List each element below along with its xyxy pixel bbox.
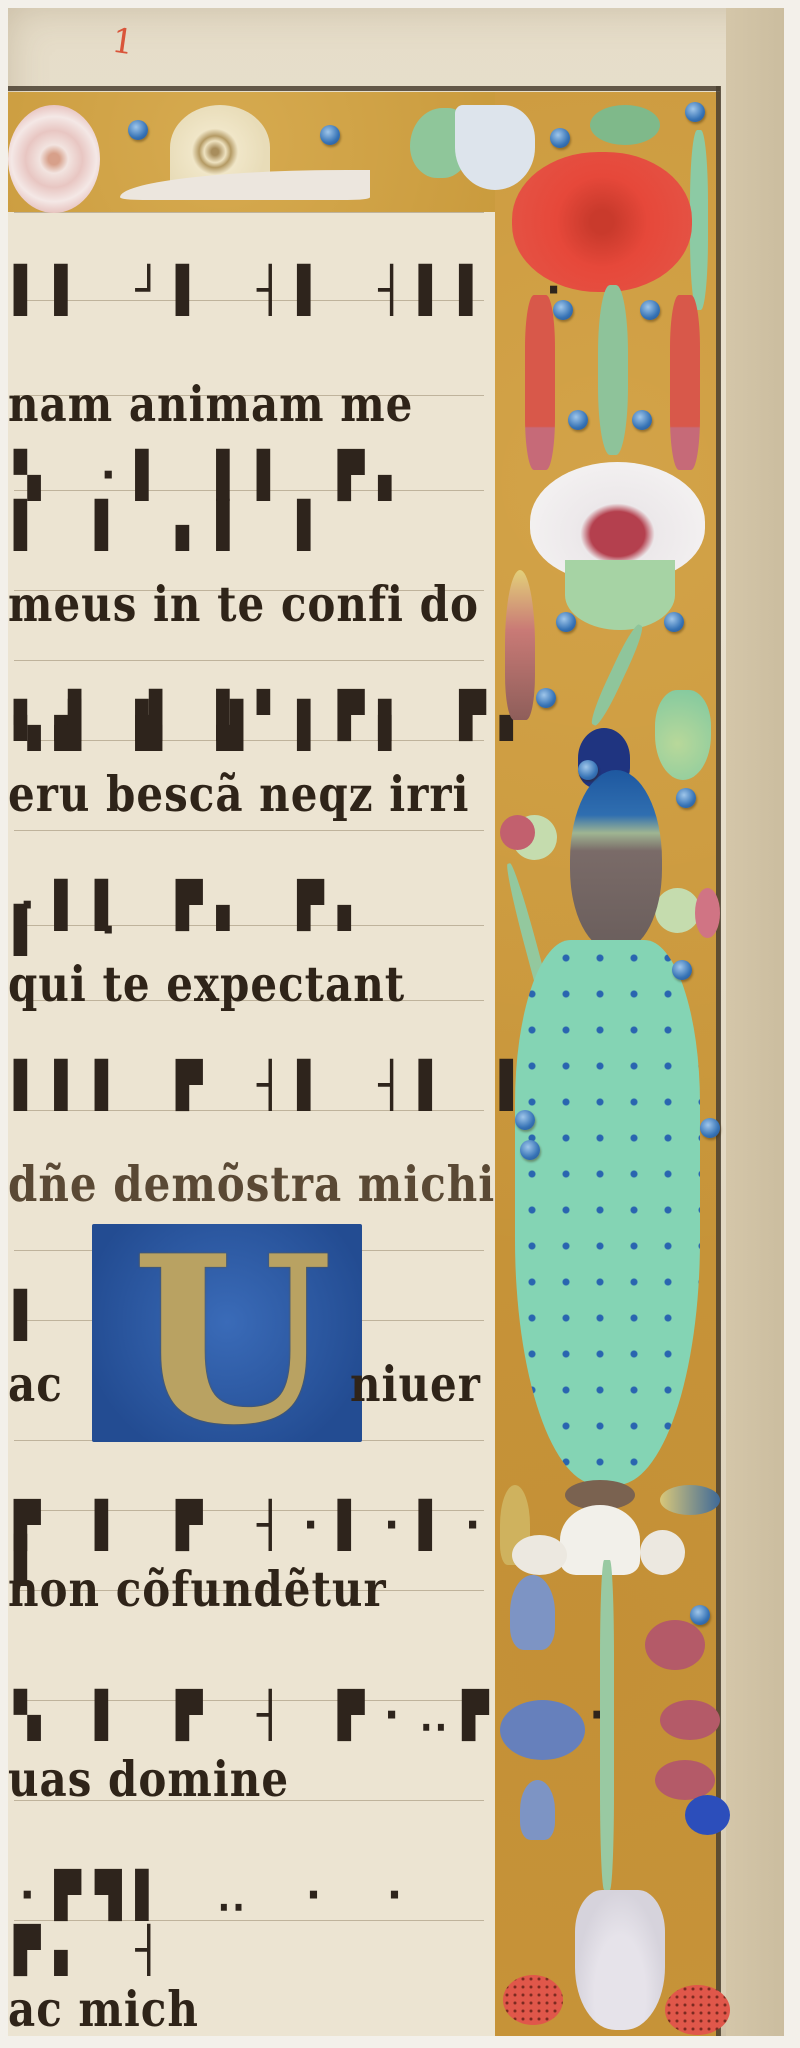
- frame-line-top: [8, 86, 720, 91]
- blue-tit-icon: [660, 1485, 720, 1515]
- neume-row: ▚ ·▌ ▌▌ ▛▖: [14, 450, 419, 501]
- lyric-line: nam animam me: [8, 376, 413, 432]
- lyric-line: non cõfundẽtur: [8, 1561, 387, 1617]
- thistle-right-icon: [655, 888, 700, 933]
- pearl-icon: [568, 410, 588, 430]
- red-poppy-1-icon: [645, 1620, 705, 1670]
- illuminated-initial: U: [92, 1224, 362, 1442]
- pearl-icon: [632, 410, 652, 430]
- pearl-icon: [690, 1605, 710, 1625]
- pearl-icon: [685, 102, 705, 122]
- neume-row: ▛▖ ┤: [14, 1925, 176, 1976]
- red-tassel-left-icon: [525, 295, 555, 470]
- thistle-flower-right-icon: [695, 888, 720, 938]
- pearl-icon: [672, 960, 692, 980]
- pearl-icon: [640, 300, 660, 320]
- blue-bellflower-icon: [510, 1575, 555, 1650]
- green-parrot-icon: [590, 105, 660, 145]
- frame-line-right: [716, 86, 721, 2036]
- strawberry-right-icon: [665, 1985, 730, 2035]
- initial-letter: U: [132, 1206, 333, 1476]
- lyric-after-initial: niuer: [350, 1356, 481, 1412]
- pearl-icon: [700, 1118, 720, 1138]
- neume-row: ·▛▜▌ ‥ · ·: [14, 1870, 422, 1921]
- pearl-icon: [553, 300, 573, 320]
- red-tassel-right-icon: [670, 295, 700, 470]
- carnation-stem-icon: [598, 285, 628, 455]
- cornflower-icon: [500, 1700, 585, 1760]
- lyric-line: eru bescã neqz irri: [8, 766, 469, 822]
- pearl-icon: [550, 128, 570, 148]
- yellow-bird-icon: [505, 570, 535, 720]
- red-carnation-icon: [512, 152, 692, 292]
- pearl-icon: [320, 125, 340, 145]
- pearl-icon: [676, 788, 696, 808]
- pearl-icon: [128, 120, 148, 140]
- neume-row: ▚▟ ▙ ▟ ▌ ▌: [14, 700, 419, 751]
- blue-bellflower-2-icon: [520, 1780, 555, 1840]
- staff-line: [14, 660, 484, 661]
- lyric-line: ac: [8, 1356, 63, 1412]
- neume-row: ▌▌▌ ▛ ┤▌ ┤▌ ▌: [14, 1060, 540, 1111]
- lyric-line: uas domine: [8, 1751, 289, 1807]
- pearl-icon: [664, 612, 684, 632]
- neume-row: ▌ ·: [14, 905, 135, 956]
- neume-row: ▌▌ ┘▌ ┤▌ ┤▌▌ ·: [14, 265, 581, 316]
- thistle-flower-left-icon: [500, 815, 535, 850]
- pearl-icon: [578, 760, 598, 780]
- lyric-line: dñe demõstra michi: [8, 1156, 495, 1212]
- neume-row: ▛ ▌ ▛ ┤·▌·▌·: [14, 1500, 500, 1551]
- white-vase-icon: [575, 1890, 665, 2030]
- blue-flower-icon: [685, 1795, 730, 1835]
- parrot-tail-icon: [690, 130, 708, 310]
- lyric-line: ac mich: [8, 1981, 199, 2037]
- green-pear-icon: [655, 690, 711, 780]
- neume-row: ▌ ▌ ▖▌ ▌: [14, 500, 338, 551]
- white-bud-right-icon: [640, 1530, 685, 1575]
- pearl-icon: [520, 1140, 540, 1160]
- staff-line: [14, 212, 484, 213]
- pearl-icon: [556, 612, 576, 632]
- bouquet-stems-icon: [600, 1560, 614, 1890]
- outer-margin: [726, 8, 784, 2036]
- flower-calyx-icon: [565, 560, 675, 630]
- staff-line: [14, 830, 484, 831]
- red-poppy-3-icon: [655, 1760, 715, 1800]
- pearl-icon: [515, 1110, 535, 1130]
- red-poppy-2-icon: [660, 1700, 720, 1740]
- strawberry-left-icon: [503, 1975, 563, 2025]
- pink-dahlia-icon: [8, 105, 100, 213]
- lyric-line: qui te expectant: [8, 956, 405, 1012]
- peacock-tail-icon: [515, 940, 700, 1485]
- white-lily-icon: [560, 1505, 640, 1575]
- white-wing-icon: [455, 105, 535, 190]
- lyric-line: meus in te confi do: [8, 576, 479, 632]
- peacock-body-icon: [570, 770, 662, 950]
- pearl-icon: [536, 688, 556, 708]
- white-bud-left-icon: [512, 1535, 567, 1575]
